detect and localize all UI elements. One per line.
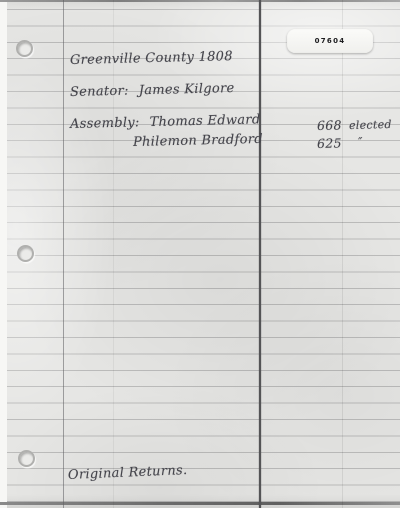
senator-office-label: Senator: (70, 84, 129, 100)
paper-crease-right (342, 0, 343, 508)
page-bottom-edge (0, 502, 400, 505)
senator-name: James Kilgore (139, 81, 235, 98)
candidate-1-result: elected (349, 118, 392, 132)
page-top-edge (0, 0, 400, 2)
assembly-candidate-2-name: Philemon Bradford (133, 132, 263, 150)
candidate-2-ditto-mark: ″ (358, 135, 363, 149)
assembly-office-label: Assembly: (70, 115, 140, 132)
hole-punch-middle (17, 245, 34, 262)
candidate-2-vote-count: 625 (317, 135, 342, 151)
hole-punch-top (16, 40, 33, 57)
paper-crease-left (113, 0, 114, 508)
ruled-paper-background (0, 0, 400, 508)
assembly-candidate-1-name: Thomas Edward (149, 112, 260, 130)
catalog-sticker: 07604 (287, 29, 373, 53)
catalog-number: 07604 (315, 37, 346, 45)
margin-rule-line (63, 0, 64, 508)
candidate-1-vote-count: 668 (317, 117, 342, 133)
scanner-edge-left (0, 0, 7, 508)
hole-punch-bottom (18, 450, 35, 467)
center-fold-line (259, 0, 261, 508)
scanned-document-page: 07604 Greenville County 1808 Senator:Jam… (0, 0, 400, 508)
